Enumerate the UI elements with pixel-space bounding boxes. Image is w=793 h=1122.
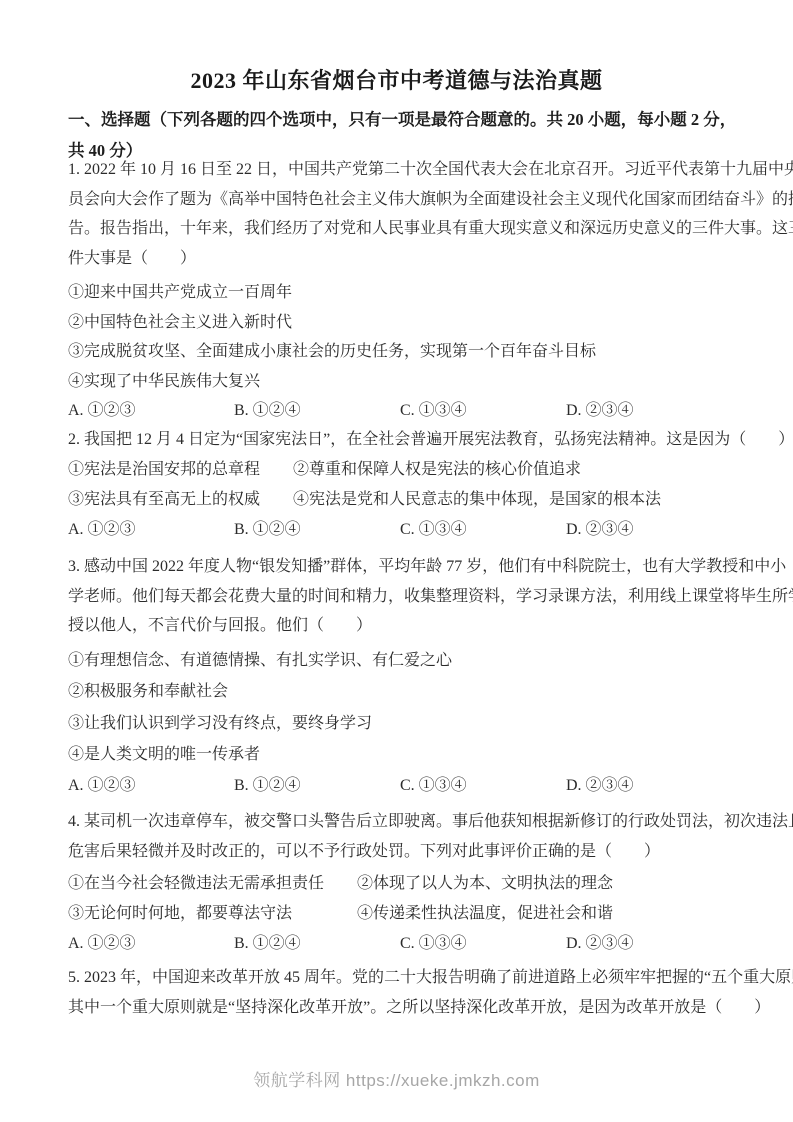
option-item: ④是人类文明的唯一传承者: [68, 739, 793, 771]
question-2: 2. 我国把 12 月 4 日定为“国家宪法日”，在全社会普遍开展宪法教育，弘扬…: [68, 425, 793, 545]
choice-item: B. ①②④: [234, 771, 400, 801]
option-pair-list: ①在当今社会轻微违法无需承担责任②体现了以人为本、文明执法的理念③无论何时何地，…: [68, 869, 793, 929]
question-stem-line: 5. 2023 年，中国迎来改革开放 45 周年。党的二十大报告明确了前进道路上…: [68, 963, 793, 993]
exam-document-page: 2023 年山东省烟台市中考道德与法治真题 一、选择题（下列各题的四个选项中，只…: [0, 0, 793, 1122]
option-item: ③宪法具有至高无上的权威: [68, 485, 293, 515]
choice-item: C. ①③④: [400, 771, 566, 801]
choice-item: C. ①③④: [400, 515, 566, 545]
choice-row: A. ①②③B. ①②④C. ①③④D. ②③④: [68, 515, 793, 545]
watermark: 领航学科网 https://xueke.jmkzh.com: [0, 1066, 793, 1091]
option-item: ②积极服务和奉献社会: [68, 676, 793, 708]
option-pair-list: ①宪法是治国安邦的总章程②尊重和保障人权是宪法的核心价值追求③宪法具有至高无上的…: [68, 455, 793, 515]
choice-item: A. ①②③: [68, 396, 234, 426]
option-pair-row: ③无论何时何地，都要尊法守法④传递柔性执法温度，促进社会和谐: [68, 899, 793, 929]
choice-item: C. ①③④: [400, 396, 566, 426]
option-item: ②体现了以人为本、文明执法的理念: [357, 875, 613, 892]
question-4: 4. 某司机一次违章停车，被交警口头警告后立即驶离。事后他获知根据新修订的行政处…: [68, 807, 793, 959]
option-item: ④宪法是党和人民意志的集中体现，是国家的根本法: [293, 491, 661, 508]
watermark-text: 领航学科网 https://xueke.jmkzh.com: [253, 1071, 540, 1090]
option-item: ④传递柔性执法温度，促进社会和谐: [357, 905, 613, 922]
question-1: 1. 2022 年 10 月 16 日至 22 日，中国共产党第二十次全国代表大…: [68, 155, 793, 426]
option-item: ③无论何时何地，都要尊法守法: [68, 899, 357, 929]
choice-item: D. ②③④: [566, 515, 634, 545]
choice-item: D. ②③④: [566, 396, 634, 426]
question-stem-line: 员会向大会作了题为《高举中国特色社会主义伟大旗帜为全面建设社会主义现代化国家而团…: [68, 185, 793, 215]
option-item: ③完成脱贫攻坚、全面建成小康社会的历史任务，实现第一个百年奋斗目标: [68, 337, 793, 367]
option-item: ④实现了中华民族伟大复兴: [68, 367, 793, 397]
option-list: ①有理想信念、有道德情操、有扎实学识、有仁爱之心②积极服务和奉献社会③让我们认识…: [68, 645, 793, 771]
option-item: ③让我们认识到学习没有终点，要终身学习: [68, 708, 793, 740]
question-stem-line: 告。报告指出，十年来，我们经历了对党和人民事业具有重大现实意义和深远历史意义的三…: [68, 214, 793, 244]
choice-item: B. ①②④: [234, 515, 400, 545]
choice-item: A. ①②③: [68, 929, 234, 959]
option-item: ①宪法是治国安邦的总章程: [68, 455, 293, 485]
question-stem-line: 学老师。他们每天都会花费大量的时间和精力，收集整理资料，学习录课方法，利用线上课…: [68, 582, 793, 612]
question-stem-line: 3. 感动中国 2022 年度人物“银发知播”群体，平均年龄 77 岁，他们有中…: [68, 552, 793, 582]
choice-item: D. ②③④: [566, 771, 634, 801]
choice-item: B. ①②④: [234, 929, 400, 959]
question-stem-line: 其中一个重大原则就是“坚持深化改革开放”。之所以坚持深化改革开放，是因为改革开放…: [68, 993, 793, 1023]
question-3: 3. 感动中国 2022 年度人物“银发知播”群体，平均年龄 77 岁，他们有中…: [68, 552, 793, 800]
question-stem-line: 危害后果轻微并及时改正的，可以不予行政处罚。下列对此事评价正确的是（ ）: [68, 837, 793, 867]
choice-row: A. ①②③B. ①②④C. ①③④D. ②③④: [68, 396, 793, 426]
option-item: ①在当今社会轻微违法无需承担责任: [68, 869, 357, 899]
choice-row: A. ①②③B. ①②④C. ①③④D. ②③④: [68, 771, 793, 801]
option-item: ①有理想信念、有道德情操、有扎实学识、有仁爱之心: [68, 645, 793, 677]
choice-item: A. ①②③: [68, 771, 234, 801]
option-item: ②中国特色社会主义进入新时代: [68, 308, 793, 338]
option-item: ①迎来中国共产党成立一百周年: [68, 278, 793, 308]
choice-item: B. ①②④: [234, 396, 400, 426]
option-item: ②尊重和保障人权是宪法的核心价值追求: [293, 461, 581, 478]
choice-item: D. ②③④: [566, 929, 634, 959]
option-pair-row: ①宪法是治国安邦的总章程②尊重和保障人权是宪法的核心价值追求: [68, 455, 793, 485]
option-pair-row: ③宪法具有至高无上的权威④宪法是党和人民意志的集中体现，是国家的根本法: [68, 485, 793, 515]
option-list: ①迎来中国共产党成立一百周年②中国特色社会主义进入新时代③完成脱贫攻坚、全面建成…: [68, 278, 793, 396]
question-stem-line: 件大事是（ ）: [68, 244, 793, 274]
questions-container: 1. 2022 年 10 月 16 日至 22 日，中国共产党第二十次全国代表大…: [0, 0, 793, 1122]
choice-item: A. ①②③: [68, 515, 234, 545]
choice-item: C. ①③④: [400, 929, 566, 959]
question-stem-line: 1. 2022 年 10 月 16 日至 22 日，中国共产党第二十次全国代表大…: [68, 155, 793, 185]
choice-row: A. ①②③B. ①②④C. ①③④D. ②③④: [68, 929, 793, 959]
option-pair-row: ①在当今社会轻微违法无需承担责任②体现了以人为本、文明执法的理念: [68, 869, 793, 899]
question-5: 5. 2023 年，中国迎来改革开放 45 周年。党的二十大报告明确了前进道路上…: [68, 963, 793, 1023]
question-stem-line: 授以他人，不言代价与回报。他们（ ）: [68, 611, 793, 641]
question-stem-line: 4. 某司机一次违章停车，被交警口头警告后立即驶离。事后他获知根据新修订的行政处…: [68, 807, 793, 837]
question-stem-line: 2. 我国把 12 月 4 日定为“国家宪法日”，在全社会普遍开展宪法教育，弘扬…: [68, 425, 793, 455]
